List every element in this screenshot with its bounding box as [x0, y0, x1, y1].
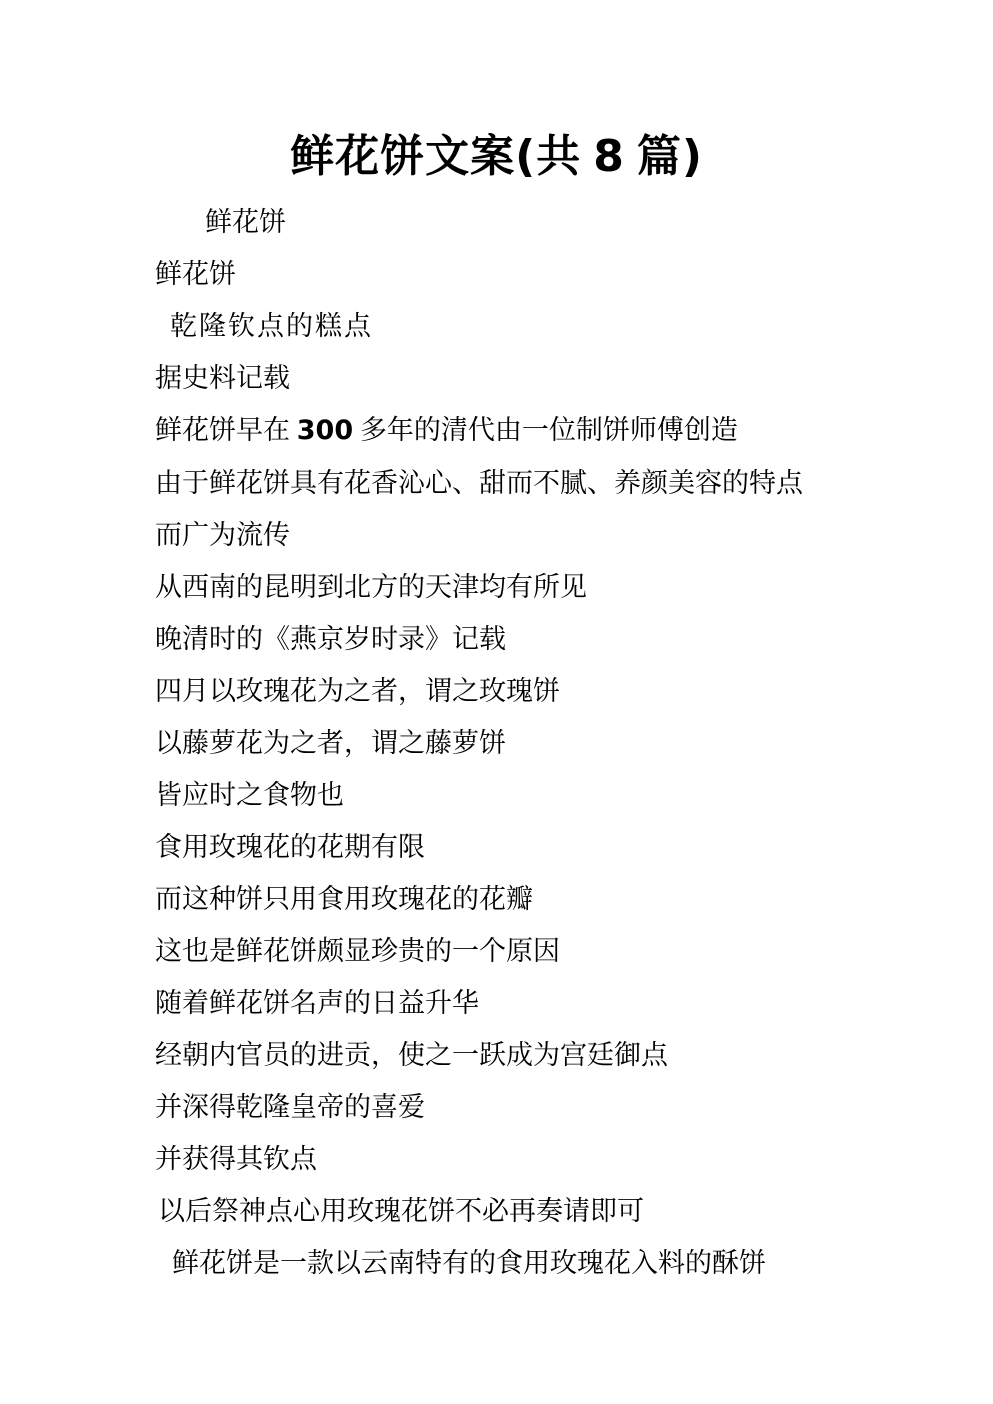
text-line: 皆应时之食物也 — [155, 769, 853, 821]
text-line: 并获得其钦点 — [155, 1133, 853, 1185]
text-line: 而这种饼只用食用玫瑰花的花瓣 — [155, 873, 853, 925]
document-title: 鲜花饼文案(共 8 篇) — [155, 128, 838, 186]
text-line: 由于鲜花饼具有花香沁心、甜而不腻、养颜美容的特点 — [155, 457, 853, 509]
text-line: 乾隆钦点的糕点 — [155, 300, 853, 352]
text-line: 并深得乾隆皇帝的喜爱 — [155, 1081, 853, 1133]
text-line: 经朝内官员的进贡，使之一跃成为宫廷御点 — [155, 1029, 853, 1081]
text-line: 四月以玫瑰花为之者，谓之玫瑰饼 — [155, 665, 853, 717]
text-line: 食用玫瑰花的花期有限 — [155, 821, 853, 873]
text-line: 随着鲜花饼名声的日益升华 — [155, 977, 853, 1029]
text-line: 鲜花饼 — [155, 248, 853, 300]
document-body: 鲜花饼鲜花饼乾隆钦点的糕点据史料记载鲜花饼早在 300 多年的清代由一位制饼师傅… — [155, 196, 853, 1289]
text-line: 以藤萝花为之者，谓之藤萝饼 — [155, 717, 853, 769]
text-line: 这也是鲜花饼颇显珍贵的一个原因 — [155, 925, 853, 977]
text-line: 鲜花饼是一款以云南特有的食用玫瑰花入料的酥饼 — [155, 1237, 853, 1289]
text-line: 从西南的昆明到北方的天津均有所见 — [155, 561, 853, 613]
text-line: 而广为流传 — [155, 509, 853, 561]
text-line: 晚清时的《燕京岁时录》记载 — [155, 613, 853, 665]
text-line: 鲜花饼 — [155, 196, 853, 248]
text-line: 以后祭神点心用玫瑰花饼不必再奏请即可 — [155, 1185, 853, 1237]
text-line: 鲜花饼早在 300 多年的清代由一位制饼师傅创造 — [155, 404, 853, 457]
document-page: 鲜花饼文案(共 8 篇) 鲜花饼鲜花饼乾隆钦点的糕点据史料记载鲜花饼早在 300… — [0, 0, 993, 1404]
text-line: 据史料记载 — [155, 352, 853, 404]
